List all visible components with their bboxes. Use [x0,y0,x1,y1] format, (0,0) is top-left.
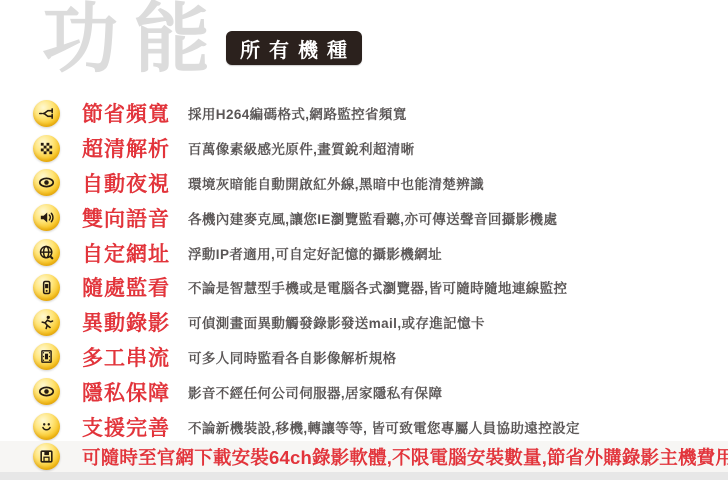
footer-note: 可隨時至官網下載安裝64ch錄影軟體,不限電腦安裝數量,節省外購錄影主機費用 [0,441,728,472]
bottom-divider [0,472,728,480]
eye-icon [33,169,60,196]
pixel-grid-icon [33,135,60,162]
feature-description: 百萬像素級感光原件,畫質銳利超清晰 [188,138,415,158]
feature-row: 支援完善 不論新機裝設,移機,轉讓等等, 皆可致電您專屬人員協助遠控設定 [0,409,728,444]
feature-row: 雙向語音 各機內建麥克風,讓您IE瀏覽監看聽,亦可傳送聲音回攝影機處 [0,200,728,235]
feature-row: 隨處監看 不論是智慧型手機或是電腦各式瀏覽器,皆可隨時隨地連線監控 [0,270,728,305]
running-person-icon [33,309,60,336]
feature-description: 各機內建麥克風,讓您IE瀏覽監看聽,亦可傳送聲音回攝影機處 [188,208,557,228]
feature-description: 可多人同時監看各自影像解析規格 [188,347,397,367]
feature-title: 支援完善 [82,412,188,442]
feature-description: 採用H264編碼格式,網路監控省頻寬 [188,103,407,123]
feature-description: 浮動IP者適用,可自定好記憶的攝影機網址 [188,243,442,263]
feature-description: 不論新機裝設,移機,轉讓等等, 皆可致電您專屬人員協助遠控設定 [188,417,580,437]
feature-description: 影音不經任何公司伺服器,居家隱私有保障 [188,382,442,402]
feature-description: 不論是智慧型手機或是電腦各式瀏覽器,皆可隨時隨地連線監控 [188,277,567,297]
speaker-icon [33,204,60,231]
feature-row: 自定網址 浮動IP者適用,可自定好記憶的攝影機網址 [0,235,728,270]
smiley-face-icon [33,413,60,440]
mobile-phone-icon [33,274,60,301]
feature-row: 隱私保障 影音不經任何公司伺服器,居家隱私有保障 [0,374,728,409]
all-models-badge: 所有機種 [226,31,362,65]
feature-row: 自動夜視 環境灰暗能自動開啟紅外線,黑暗中也能清楚辨識 [0,166,728,201]
feature-row: 超清解析 百萬像素級感光原件,畫質銳利超清晰 [0,131,728,166]
page-title: 功能 [42,0,226,82]
feature-row: 節省頻寬 採用H264編碼格式,網路監控省頻寬 [0,96,728,131]
globe-icon [33,239,60,266]
feature-row: 異動錄影 可偵測畫面異動觸發錄影發送mail,或存進記憶卡 [0,305,728,340]
footer-text: 可隨時至官網下載安裝64ch錄影軟體,不限電腦安裝數量,節省外購錄影主機費用 [82,444,728,470]
eye-icon [33,378,60,405]
feature-title: 自定網址 [82,238,188,268]
feature-title: 雙向語音 [82,203,188,233]
feature-title: 自動夜視 [82,168,188,198]
feature-list: 節省頻寬 採用H264編碼格式,網路監控省頻寬 超清解析 百萬像素級感光原件,畫… [0,96,728,444]
filmstrip-icon [33,343,60,370]
floppy-disk-icon [33,443,60,470]
feature-title: 隱私保障 [82,377,188,407]
feature-title: 超清解析 [82,133,188,163]
feature-title: 節省頻寬 [82,98,188,128]
feature-row: 多工串流 可多人同時監看各自影像解析規格 [0,340,728,375]
feature-description: 可偵測畫面異動觸發錄影發送mail,或存進記憶卡 [188,312,485,332]
feature-title: 多工串流 [82,342,188,372]
feature-title: 異動錄影 [82,307,188,337]
splitter-icon [33,100,60,127]
feature-description: 環境灰暗能自動開啟紅外線,黑暗中也能清楚辨識 [188,173,484,193]
feature-title: 隨處監看 [82,272,188,302]
